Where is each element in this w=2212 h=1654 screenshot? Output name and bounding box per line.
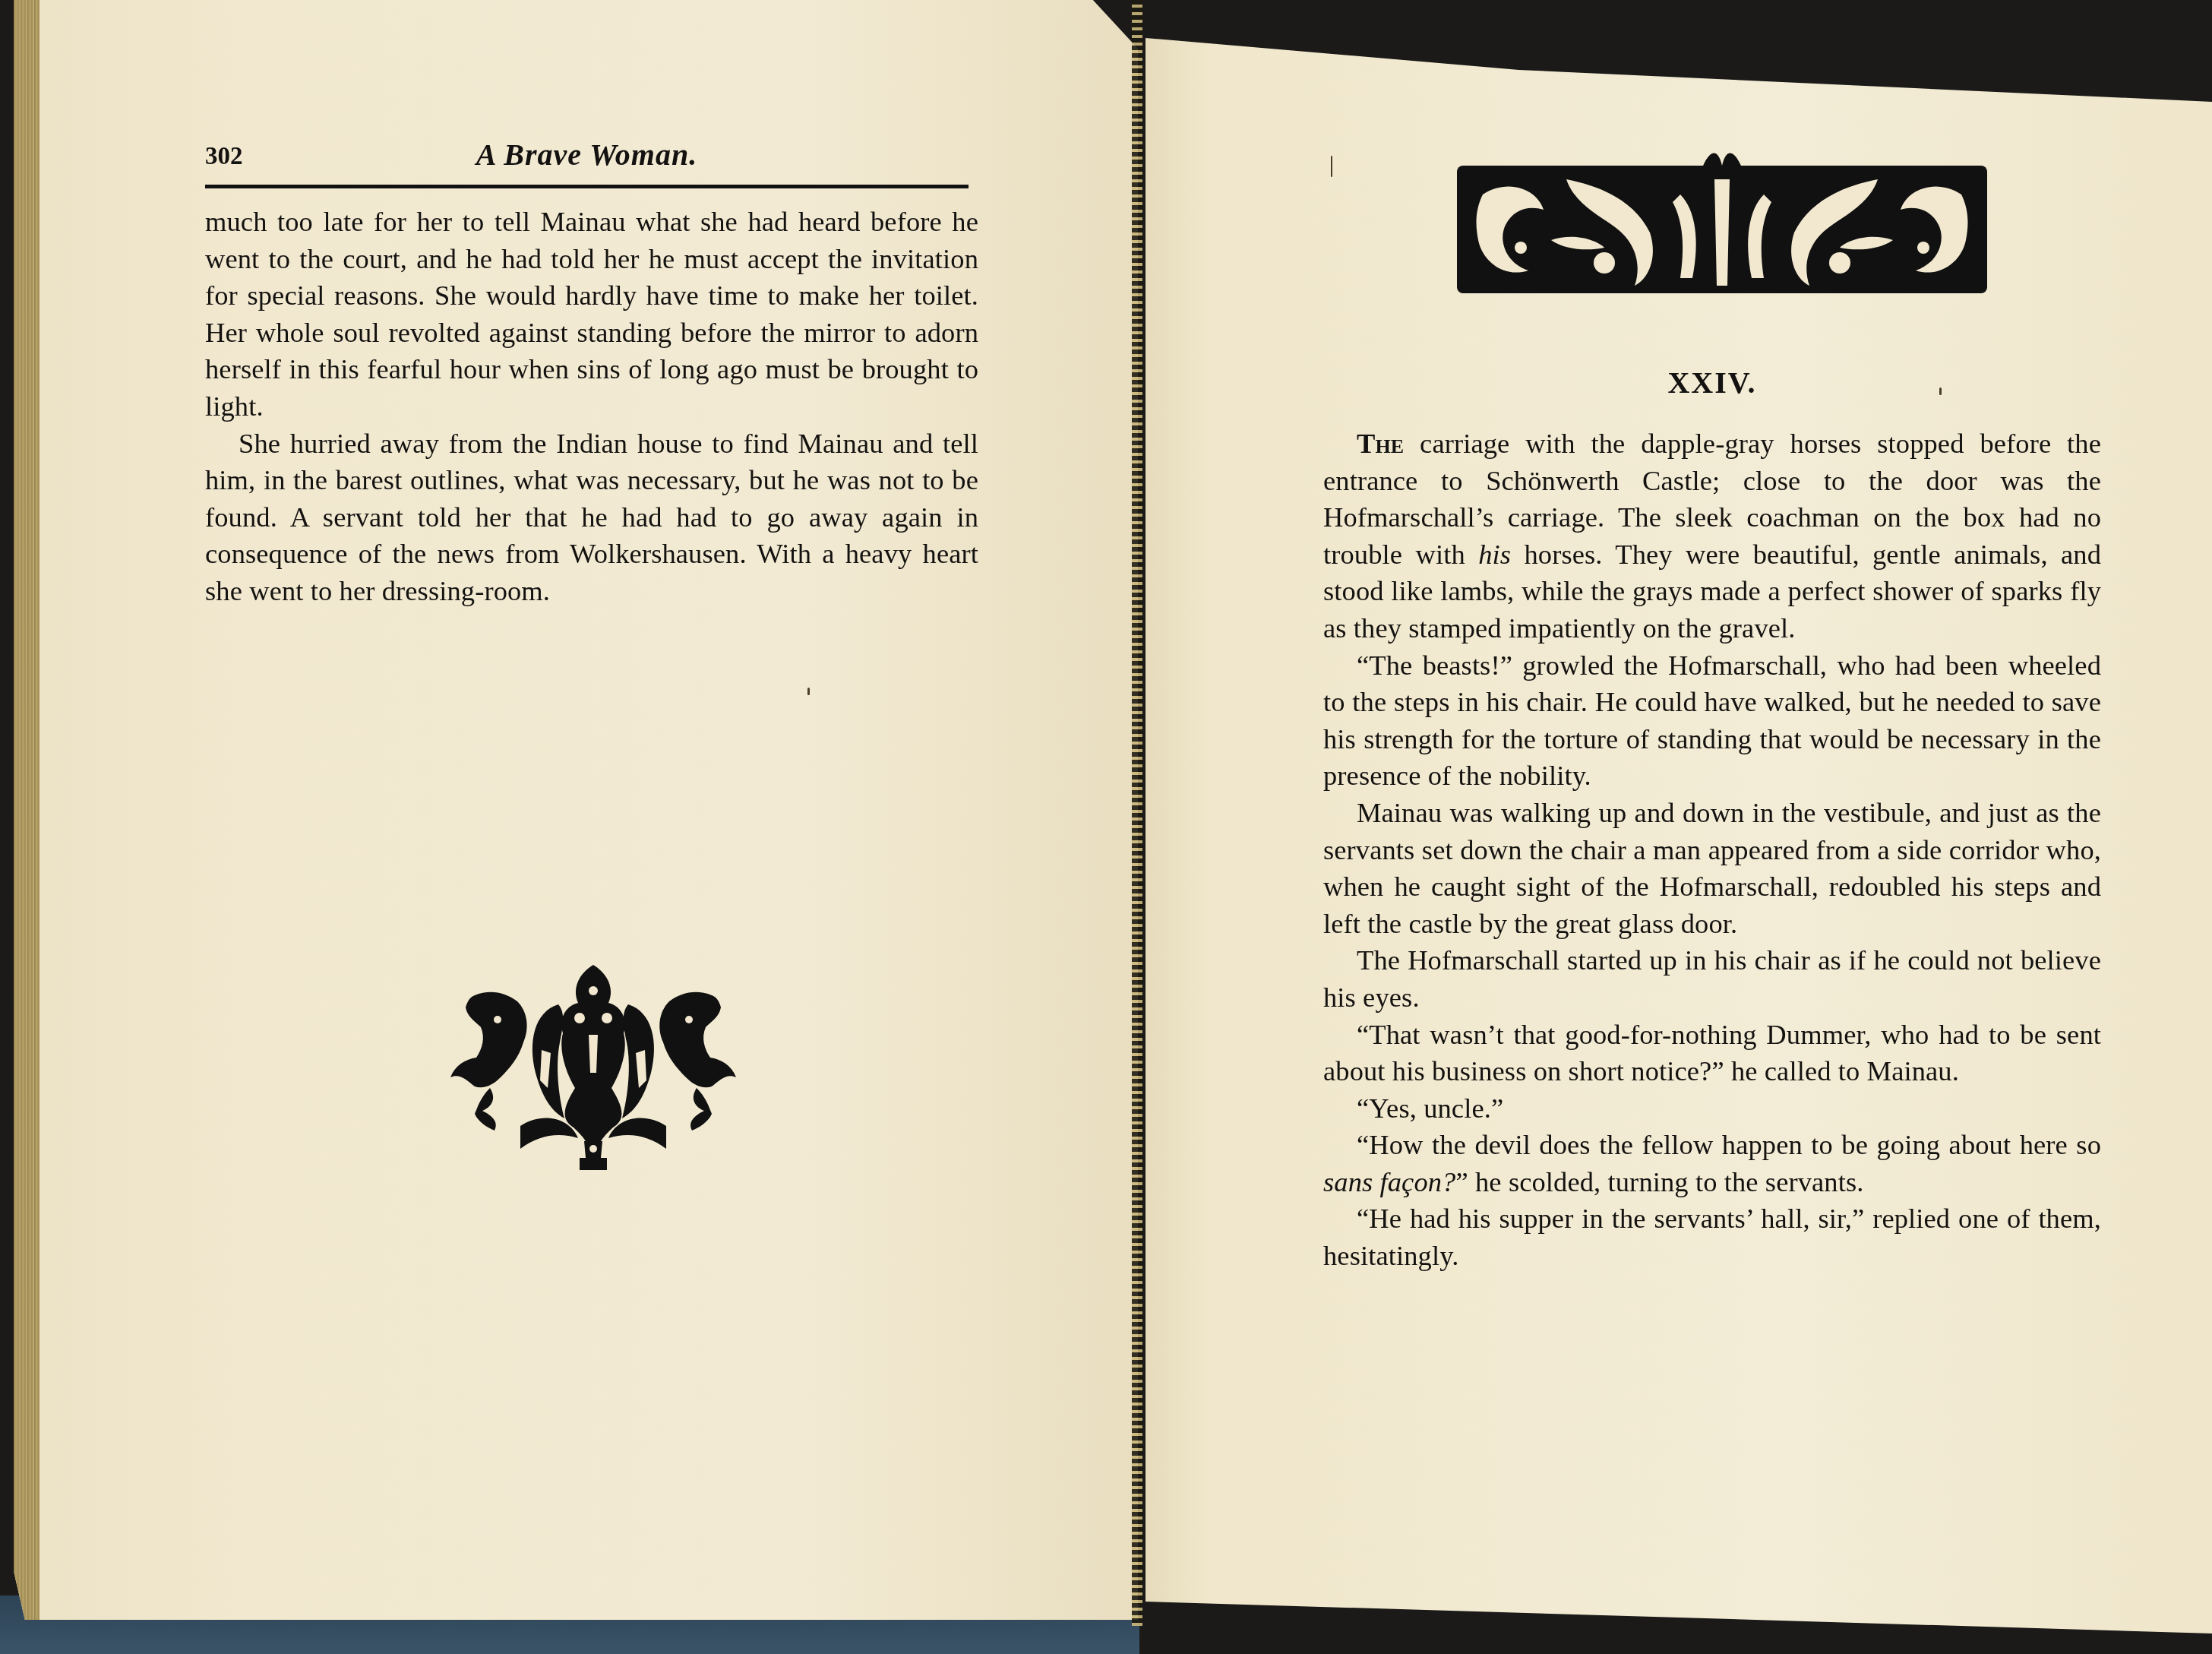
header-rule <box>205 185 969 188</box>
paragraph: “The beasts!” growled the Hofmarschall, … <box>1323 647 2101 795</box>
headpiece-ornament-icon <box>1452 149 1992 298</box>
right-page-body: The carriage with the dapple-gray horses… <box>1323 425 2101 1275</box>
paragraph: “Yes, uncle.” <box>1323 1090 2101 1127</box>
italic-emphasis: his <box>1478 539 1511 570</box>
paper-speck <box>807 688 810 695</box>
opening-smallcaps-word: The <box>1357 428 1404 459</box>
italic-phrase: sans façon? <box>1323 1166 1455 1197</box>
paragraph: Mainau was walking up and down in the ve… <box>1323 795 2101 942</box>
tailpiece-ornament-icon <box>444 959 742 1175</box>
running-head: 302 A Brave Woman. <box>205 137 969 182</box>
left-page-body: much too late for her to tell Mainau wha… <box>205 204 978 610</box>
paragraph: She hurried away from the Indian house t… <box>205 425 978 610</box>
chapter-number: XXIV. <box>1323 365 2101 400</box>
paper-speck <box>1331 156 1332 177</box>
paragraph: much too late for her to tell Mainau wha… <box>205 204 978 425</box>
running-title: A Brave Woman. <box>205 137 969 172</box>
opening-paragraph: The carriage with the dapple-gray horses… <box>1323 425 2101 647</box>
paragraph: “How the devil does the fellow happen to… <box>1323 1127 2101 1200</box>
paragraph: “He had his supper in the servants’ hall… <box>1323 1200 2101 1274</box>
paper-speck <box>1939 387 1942 395</box>
paragraph: The Hofmarschall started up in his chair… <box>1323 942 2101 1016</box>
book-spine-gutter <box>1132 0 1142 1626</box>
paragraph: “That wasn’t that good-for-nothing Dumme… <box>1323 1017 2101 1090</box>
